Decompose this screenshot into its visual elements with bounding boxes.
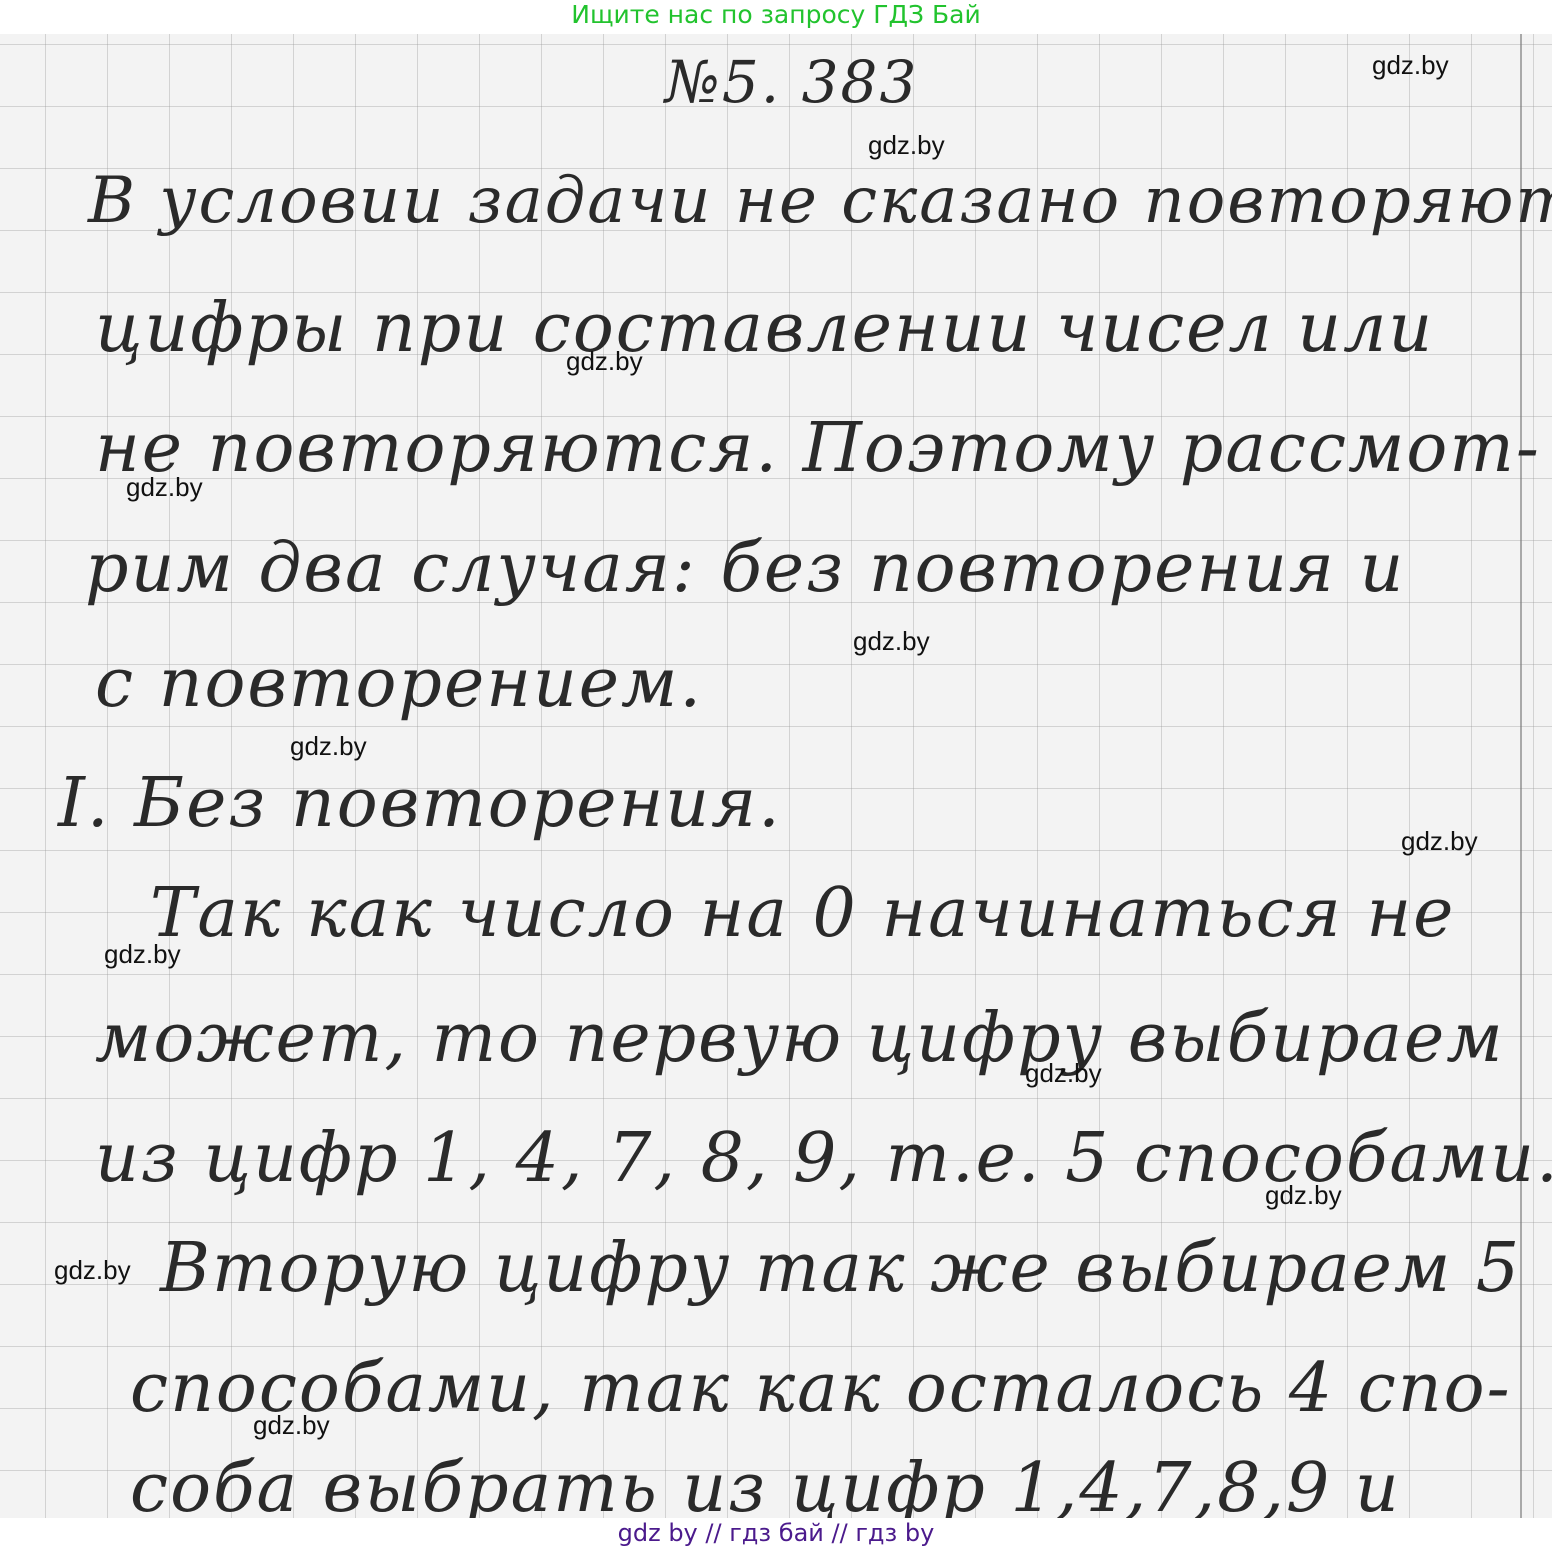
watermark: gdz.by <box>54 1255 131 1286</box>
watermark: gdz.by <box>1372 50 1449 81</box>
watermark: gdz.by <box>1025 1058 1102 1089</box>
watermark: gdz.by <box>290 731 367 762</box>
solution-line-12: соба выбрать из цифр 1,4,7,8,9 и <box>130 1449 1401 1518</box>
notebook-page: №5. 383 В условии задачи не сказано повт… <box>0 34 1552 1518</box>
section-heading: I. Без повторения. <box>58 764 782 843</box>
solution-line-3: не повторяются. Поэтому рассмот- <box>95 409 1541 488</box>
watermark: gdz.by <box>853 626 930 657</box>
solution-line-1: В условии задачи не сказано повторяются <box>88 164 1552 238</box>
watermark: gdz.by <box>253 1410 330 1441</box>
solution-line-10: Вторую цифру так же выбираем 5 <box>160 1229 1521 1308</box>
watermark: gdz.by <box>566 346 643 377</box>
watermark: gdz.by <box>868 130 945 161</box>
top-banner: Ищите нас по запросу ГДЗ Бай <box>0 0 1552 34</box>
watermark: gdz.by <box>126 472 203 503</box>
watermark: gdz.by <box>1265 1180 1342 1211</box>
watermark: gdz.by <box>104 939 181 970</box>
solution-line-7: Так как число на 0 начинаться не <box>150 874 1455 953</box>
solution-line-2: цифры при составлении чисел или <box>95 289 1434 368</box>
watermark: gdz.by <box>1401 826 1478 857</box>
bleed-through-text <box>80 74 99 144</box>
bottom-banner: gdz by // гдз бай // гдз by <box>0 1518 1552 1551</box>
problem-number: №5. 383 <box>665 48 918 116</box>
solution-line-11: способами, так как осталось 4 спо- <box>130 1349 1512 1428</box>
solution-line-5: с повторением. <box>95 644 703 723</box>
solution-line-8: может, то первую цифру выбираем <box>95 999 1505 1078</box>
solution-line-4: рим два случая: без повторения и <box>85 529 1405 608</box>
